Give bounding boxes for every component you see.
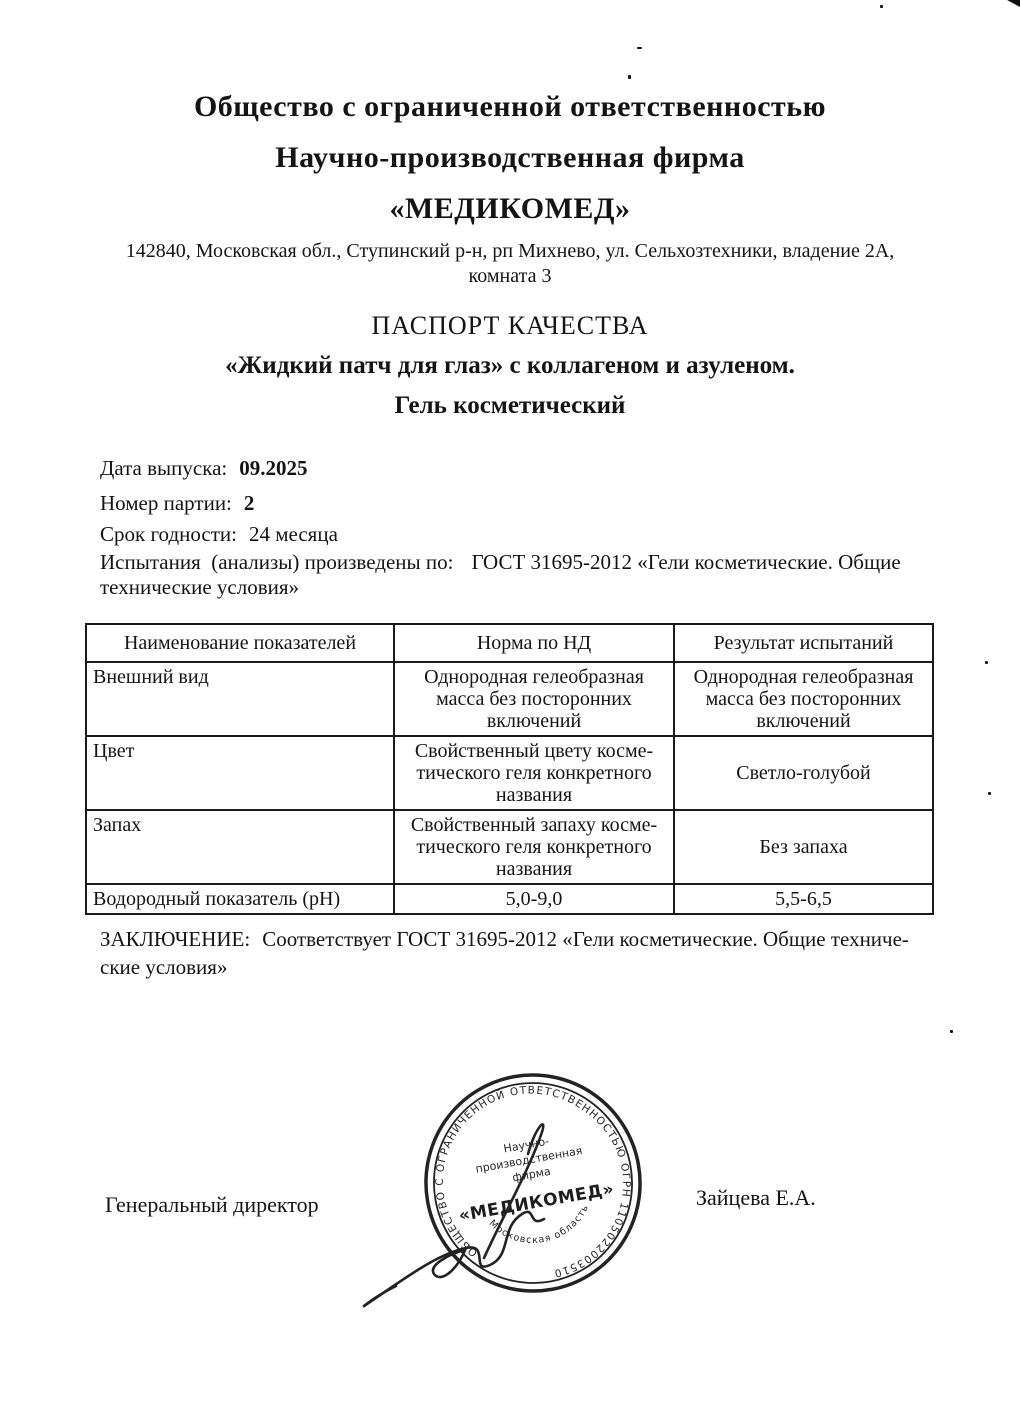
document-type-title: ПАСПОРТ КАЧЕСТВА — [0, 311, 1020, 341]
appearance-norm: Однородная гелеобразная масса без постор… — [394, 662, 674, 736]
company-address-line1: 142840, Московская обл., Ступинский р-н,… — [0, 240, 1020, 263]
product-name-line1: «Жидкий патч для глаз» с коллагеном и аз… — [0, 352, 1020, 380]
scan-speck — [880, 5, 883, 8]
product-name-line2: Гель косметический — [0, 392, 1020, 420]
company-kind-line: Научно-производственная фирма — [0, 141, 1020, 175]
indicator-ph: Водородный показатель (рН) — [86, 884, 394, 914]
quality-indicators-table: Наименование показателей Норма по НД Рез… — [85, 623, 934, 915]
release-date-value: 09.2025 — [239, 456, 307, 480]
document-page: Общество с ограниченной ответственностью… — [0, 0, 1020, 1403]
appearance-result: Однородная гелеобразная масса без постор… — [674, 662, 933, 736]
table-row: Цвет Свойственный цвету косме- тического… — [86, 736, 933, 810]
color-norm: Свойственный цвету косме- тического геля… — [394, 736, 674, 810]
shelf-life-label: Срок годности: — [100, 522, 237, 546]
table-row: Водородный показатель (рН) 5,0-9,0 5,5-6… — [86, 884, 933, 914]
shelf-life-value: 24 месяца — [249, 522, 338, 546]
stamp-ring-text: ОБЩЕСТВО С ОГРАНИЧЕННОЙ ОТВЕТСТВЕННОСТЬЮ… — [418, 1068, 647, 1297]
col-header-result: Результат испытаний — [674, 624, 933, 662]
color-result: Светло-голубой — [674, 736, 933, 810]
scan-speck — [628, 75, 631, 79]
director-title-label: Генеральный директор — [105, 1192, 319, 1218]
tests-label: Испытания (анализы) произведены по: — [100, 550, 453, 574]
company-name: «МЕДИКОМЕД» — [0, 192, 1020, 226]
indicator-color: Цвет — [86, 736, 394, 810]
shelf-life-row: Срок годности:24 месяца — [100, 522, 980, 547]
conclusion-block: ЗАКЛЮЧЕНИЕ:Соответствует ГОСТ 31695-2012… — [100, 925, 940, 981]
company-type-line: Общество с ограниченной ответственностью — [0, 90, 1020, 124]
release-date-label: Дата выпуска: — [100, 456, 227, 480]
tests-row: Испытания (анализы) произведены по:ГОСТ … — [100, 550, 980, 600]
stamp-company-name: «МЕДИКОМЕД» — [457, 1179, 615, 1226]
table-header-row: Наименование показателей Норма по НД Рез… — [86, 624, 933, 662]
director-name: Зайцева Е.А. — [696, 1185, 816, 1211]
conclusion-label: ЗАКЛЮЧЕНИЕ: — [100, 927, 250, 951]
batch-number-label: Номер партии: — [100, 491, 232, 515]
indicator-odor: Запах — [86, 810, 394, 884]
batch-number-value: 2 — [244, 491, 255, 515]
stamp-inner-ring — [418, 1068, 648, 1299]
odor-norm: Свойственный запаху косме- тического гел… — [394, 810, 674, 884]
stamp-seal: ОБЩЕСТВО С ОГРАНИЧЕННОЙ ОТВЕТСТВЕННОСТЬЮ… — [409, 1068, 657, 1308]
scan-speck — [988, 792, 991, 795]
scan-speck — [950, 1030, 953, 1033]
col-header-norm: Норма по НД — [394, 624, 674, 662]
indicator-appearance: Внешний вид — [86, 662, 394, 736]
col-header-indicator: Наименование показателей — [86, 624, 394, 662]
release-date-row: Дата выпуска:09.2025 — [100, 456, 980, 481]
ph-norm: 5,0-9,0 — [394, 884, 674, 914]
batch-number-row: Номер партии:2 — [100, 491, 980, 516]
scan-speck — [637, 47, 642, 49]
scan-speck — [985, 661, 988, 664]
table-row: Запах Свойственный запаху косме- тическо… — [86, 810, 933, 884]
scan-artifact-corner — [1007, 0, 1020, 7]
company-address-line2: комната 3 — [0, 265, 1020, 288]
odor-result: Без запаха — [674, 810, 933, 884]
ph-result: 5,5-6,5 — [674, 884, 933, 914]
table-row: Внешний вид Однородная гелеобразная масс… — [86, 662, 933, 736]
company-stamp: ОБЩЕСТВО С ОГРАНИЧЕННОЙ ОТВЕТСТВЕННОСТЬЮ… — [358, 1068, 658, 1338]
